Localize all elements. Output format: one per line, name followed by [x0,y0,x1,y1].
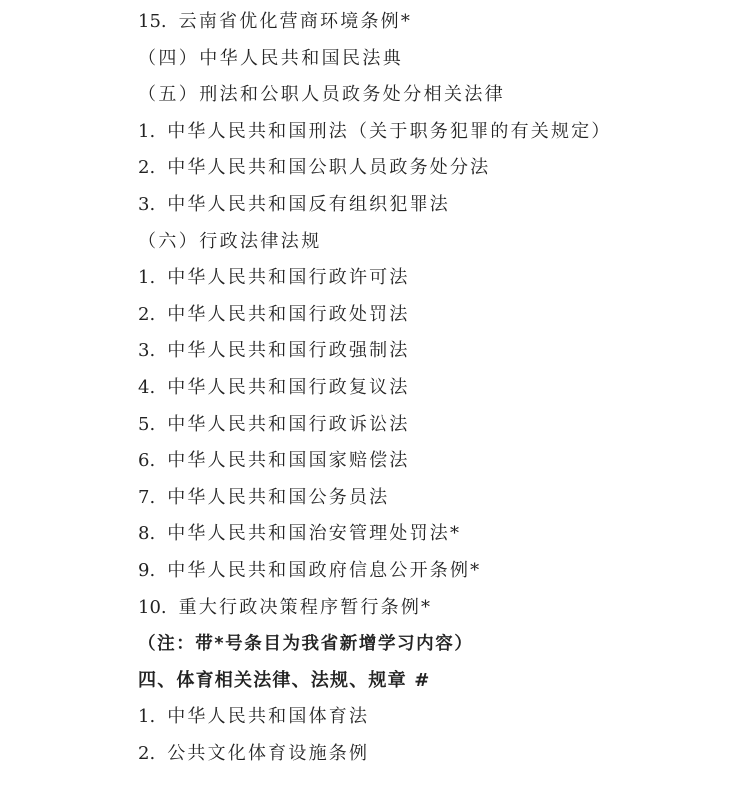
section-subheading: （四）中华人民共和国民法典 [138,41,718,78]
document-page: 15.云南省优化营商环境条例* （四）中华人民共和国民法典 （五）刑法和公职人员… [138,4,718,772]
item-text: 中华人民共和国行政处罚法 [167,304,409,325]
item-number: 5. [138,407,155,444]
item-text: 中华人民共和国反有组织犯罪法 [167,194,450,215]
list-item: 7.中华人民共和国公务员法 [138,480,718,517]
list-item: 3.中华人民共和国反有组织犯罪法 [138,187,718,224]
item-text: 中华人民共和国公务员法 [167,487,389,508]
list-item: 4.中华人民共和国行政复议法 [138,370,718,407]
item-number: 6. [138,443,155,480]
item-number: 2. [138,150,155,187]
item-text: 中华人民共和国政府信息公开条例* [167,560,481,581]
item-text: 重大行政决策程序暂行条例* [179,597,433,618]
item-text: 中华人民共和国治安管理处罚法* [167,523,461,544]
section-subheading: （六）行政法律法规 [138,224,718,261]
item-text: 中华人民共和国刑法（关于职务犯罪的有关规定） [167,121,611,142]
item-number: 7. [138,480,155,517]
list-item: 2.中华人民共和国行政处罚法 [138,297,718,334]
item-number: 2. [138,297,155,334]
item-text: 中华人民共和国体育法 [167,706,369,727]
section-subheading: （五）刑法和公职人员政务处分相关法律 [138,77,718,114]
list-item: 1.中华人民共和国刑法（关于职务犯罪的有关规定） [138,114,718,151]
item-text: 中华人民共和国行政复议法 [167,377,409,398]
list-item: 15.云南省优化营商环境条例* [138,4,718,41]
item-number: 1. [138,699,155,736]
list-item: 10.重大行政决策程序暂行条例* [138,590,718,627]
item-number: 15. [138,4,167,41]
list-item: 6.中华人民共和国国家赔偿法 [138,443,718,480]
item-text: 中华人民共和国行政许可法 [167,267,409,288]
list-item: 3.中华人民共和国行政强制法 [138,333,718,370]
section-heading: 四、体育相关法律、法规、规章 # [138,663,718,700]
list-item: 1.中华人民共和国行政许可法 [138,260,718,297]
list-item: 2.中华人民共和国公职人员政务处分法 [138,150,718,187]
item-text: 中华人民共和国行政诉讼法 [167,414,409,435]
footnote: （注：带*号条目为我省新增学习内容） [138,626,718,663]
item-number: 9. [138,553,155,590]
item-number: 1. [138,114,155,151]
item-text: 云南省优化营商环境条例* [179,11,412,32]
item-number: 4. [138,370,155,407]
list-item: 8.中华人民共和国治安管理处罚法* [138,516,718,553]
item-number: 3. [138,187,155,224]
item-text: 中华人民共和国公职人员政务处分法 [167,157,490,178]
item-number: 2. [138,736,155,773]
item-number: 1. [138,260,155,297]
list-item: 2.公共文化体育设施条例 [138,736,718,773]
item-number: 8. [138,516,155,553]
item-number: 3. [138,333,155,370]
item-number: 10. [138,590,167,627]
list-item: 5.中华人民共和国行政诉讼法 [138,407,718,444]
item-text: 公共文化体育设施条例 [167,743,369,764]
list-item: 9.中华人民共和国政府信息公开条例* [138,553,718,590]
item-text: 中华人民共和国行政强制法 [167,340,409,361]
list-item: 1.中华人民共和国体育法 [138,699,718,736]
item-text: 中华人民共和国国家赔偿法 [167,450,409,471]
